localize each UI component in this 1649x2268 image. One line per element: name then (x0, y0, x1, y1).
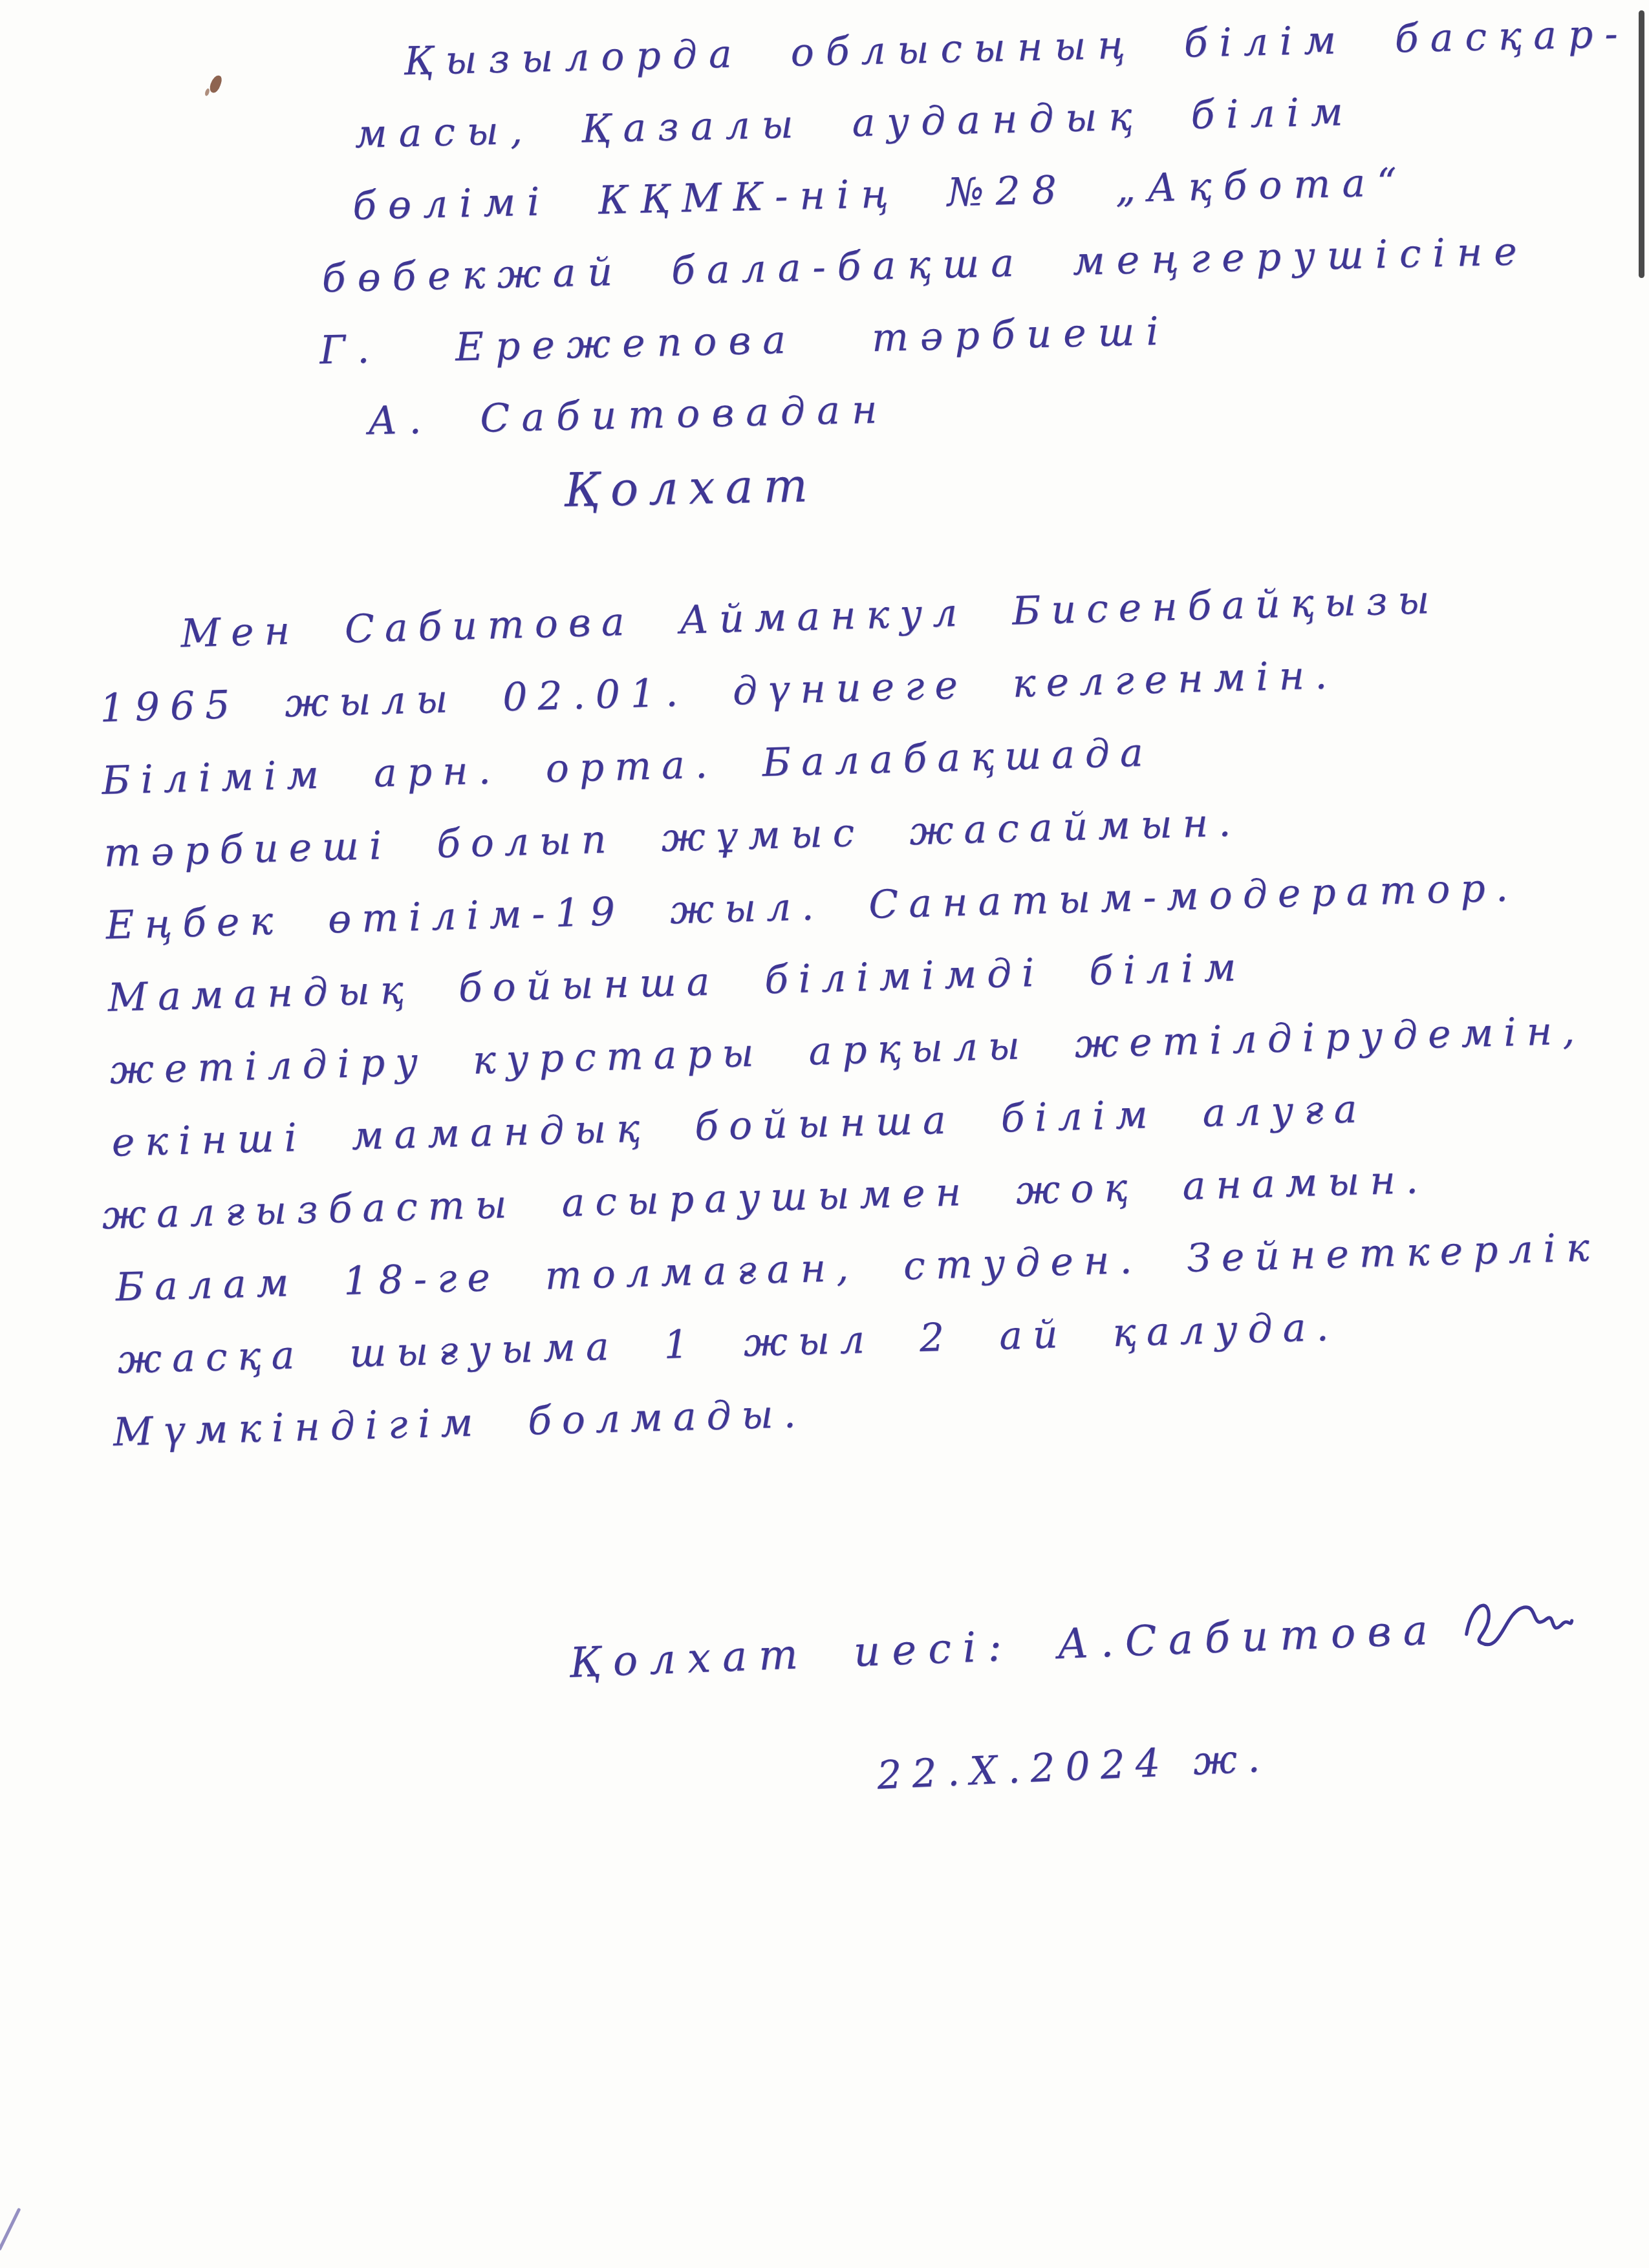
signature-row: Қолхат иесі: А.Сабитова (568, 1588, 1576, 1687)
scanned-page: Қызылорда облысының білім басқар- масы, … (0, 0, 1649, 2268)
signature-line: Қолхат иесі: А.Сабитова (568, 1606, 1440, 1687)
document-title: Қолхат (563, 458, 818, 517)
corner-ink-mark (0, 2208, 21, 2251)
body-text: Мен Сабитова Айманкул Бисенбайқызы 1965 … (97, 560, 1604, 1469)
scanner-edge-artifact (1639, 10, 1644, 278)
ink-speck (208, 74, 223, 94)
signature-flourish (1460, 1588, 1576, 1657)
date-line: 22.X.2024 ж. (876, 1735, 1271, 1799)
recipient-header: Қызылорда облысының білім басқар- масы, … (352, 0, 1638, 458)
